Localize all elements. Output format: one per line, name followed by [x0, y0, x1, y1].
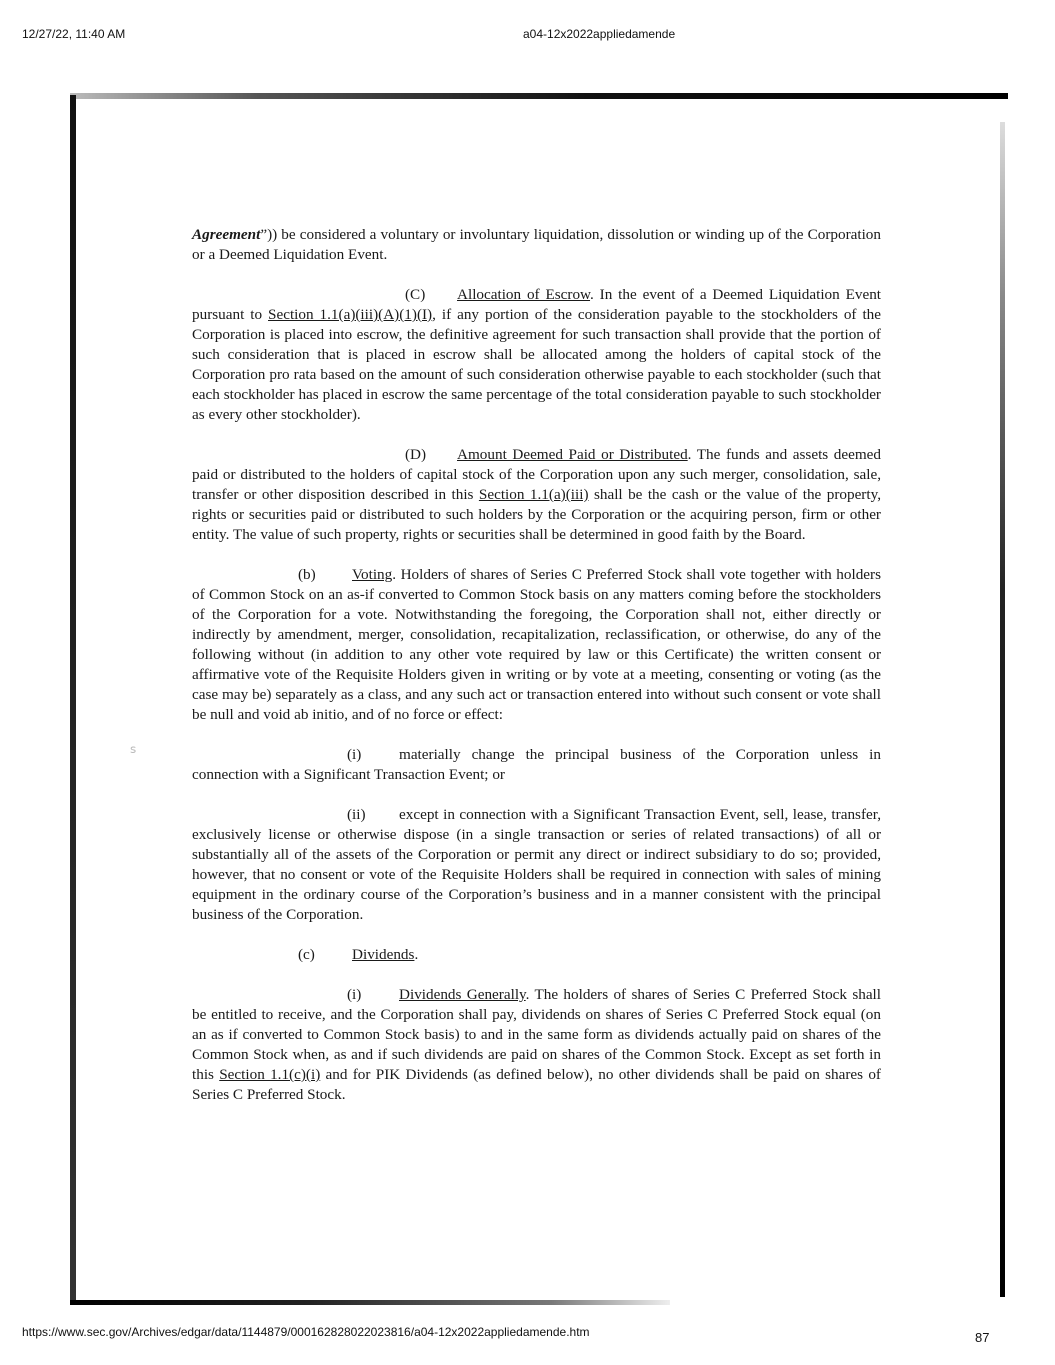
paragraph-C-allocation-of-escrow: (C)Allocation of Escrow. In the event of…: [192, 285, 881, 425]
paragraph-text: except in connection with a Significant …: [192, 806, 881, 923]
paragraph-D-amount-deemed-paid: (D)Amount Deemed Paid or Distributed. Th…: [192, 445, 881, 545]
paragraph-b-i: (i)materially change the principal busin…: [192, 745, 881, 785]
scan-border-right: [1000, 122, 1005, 1297]
paragraph-intro-text: ”)) be considered a voluntary or involun…: [192, 226, 881, 263]
section-cross-reference: Section 1.1(a)(iii): [479, 486, 589, 503]
paragraph-text: materially change the principal business…: [192, 746, 881, 783]
print-header-datetime: 12/27/22, 11:40 AM: [22, 27, 125, 41]
section-label: (b): [298, 565, 352, 585]
section-heading: Amount Deemed Paid or Distributed: [457, 446, 688, 463]
scan-artifact-mark: ꜱ: [130, 742, 136, 757]
section-label: (i): [347, 985, 399, 1005]
section-label: (i): [347, 745, 399, 765]
section-heading: Voting: [352, 566, 392, 583]
scan-border-left: [70, 95, 76, 1305]
section-label: (ii): [347, 805, 399, 825]
defined-term-agreement: Agreement: [192, 226, 260, 243]
section-label: (C): [405, 285, 457, 305]
paragraph-c-dividends: (c)Dividends.: [192, 945, 881, 965]
paragraph-text: .: [414, 946, 418, 963]
section-heading: Dividends Generally: [399, 986, 526, 1003]
paragraph-b-voting: (b)Voting. Holders of shares of Series C…: [192, 565, 881, 725]
section-label: (c): [298, 945, 352, 965]
section-heading: Allocation of Escrow: [457, 286, 590, 303]
section-cross-reference: Section 1.1(c)(i): [219, 1066, 320, 1083]
print-header-title: a04-12x2022appliedamende: [523, 27, 675, 41]
section-heading: Dividends: [352, 946, 414, 963]
document-body: Agreement”)) be considered a voluntary o…: [192, 225, 881, 1125]
section-cross-reference: Section 1.1(a)(iii)(A)(1)(I): [268, 306, 432, 323]
paragraph-text: , if any portion of the consideration pa…: [192, 306, 881, 423]
paragraph-c-i-dividends-generally: (i)Dividends Generally. The holders of s…: [192, 985, 881, 1105]
paragraph-text: . Holders of shares of Series C Preferre…: [192, 566, 881, 723]
section-label: (D): [405, 445, 457, 465]
paragraph-b-ii: (ii)except in connection with a Signific…: [192, 805, 881, 925]
scan-border-bottom: [70, 1300, 670, 1305]
print-footer-page-number: 87: [975, 1330, 989, 1345]
print-footer-url: https://www.sec.gov/Archives/edgar/data/…: [22, 1325, 590, 1339]
paragraph-intro: Agreement”)) be considered a voluntary o…: [192, 225, 881, 265]
scan-border-top: [70, 93, 1008, 99]
